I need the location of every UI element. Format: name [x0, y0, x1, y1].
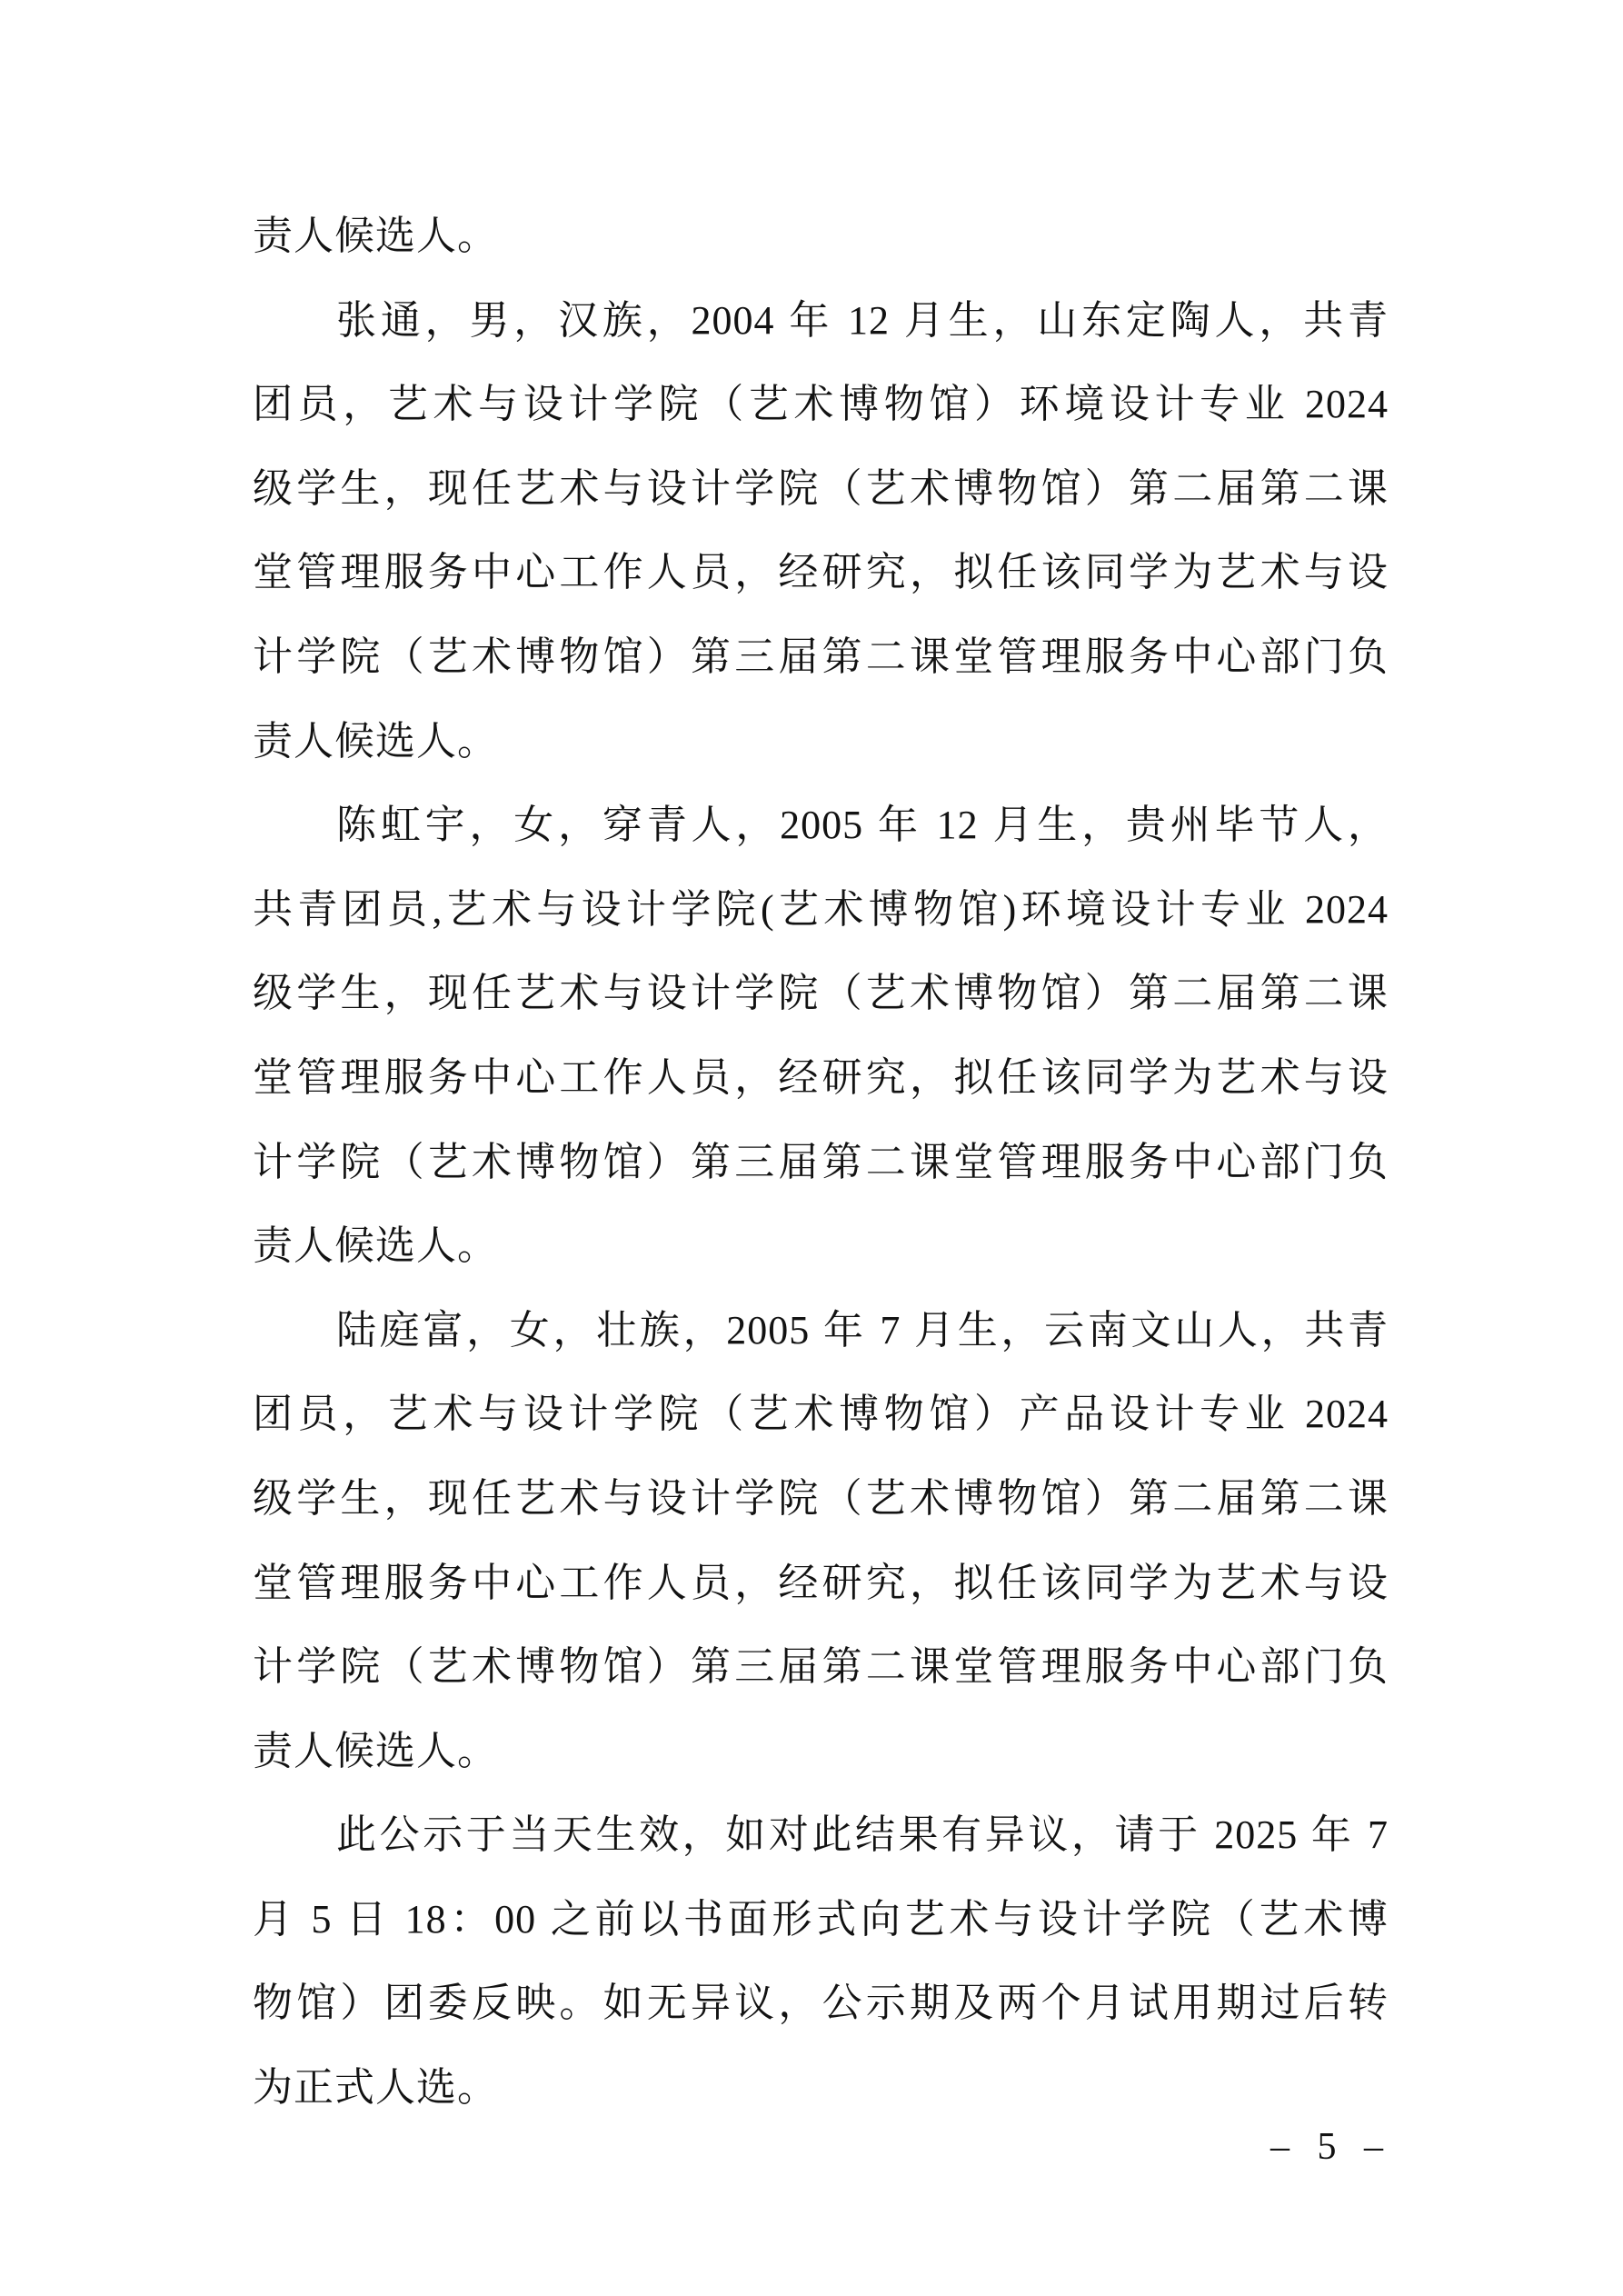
text-line: 责人候选人。 — [253, 700, 1389, 784]
text-line: 月 5 日 18：00 之前以书面形式向艺术与设计学院（艺术博 — [253, 1878, 1389, 1962]
text-line: 为正式人选。 — [253, 2046, 1389, 2131]
page-number: – 5 – — [1270, 2125, 1392, 2169]
text-line: 责人候选人。 — [253, 1710, 1389, 1794]
text-line: 陈虹宇，女，穿青人，2005 年 12 月生，贵州毕节人， — [253, 784, 1389, 868]
text-line: 级学生，现任艺术与设计学院（艺术博物馆）第二届第二课 — [253, 952, 1389, 1036]
text-line: 堂管理服务中心工作人员，经研究，拟任该同学为艺术与设 — [253, 531, 1389, 615]
document-body: 责人候选人。张通，男，汉族，2004 年 12 月生，山东定陶人，共青团员，艺术… — [253, 195, 1389, 2131]
text-line: 堂管理服务中心工作人员，经研究，拟任该同学为艺术与设 — [253, 1542, 1389, 1626]
text-line: 张通，男，汉族，2004 年 12 月生，山东定陶人，共青 — [253, 279, 1389, 364]
text-line: 计学院（艺术博物馆）第三届第二课堂管理服务中心部门负 — [253, 615, 1389, 700]
text-line: 堂管理服务中心工作人员，经研究，拟任该同学为艺术与设 — [253, 1036, 1389, 1121]
text-line: 物馆）团委反映。如无异议，公示期及两个月试用期过后转 — [253, 1962, 1389, 2046]
document-page: 责人候选人。张通，男，汉族，2004 年 12 月生，山东定陶人，共青团员，艺术… — [0, 0, 1623, 2296]
text-line: 计学院（艺术博物馆）第三届第二课堂管理服务中心部门负 — [253, 1625, 1389, 1710]
text-line: 级学生，现任艺术与设计学院（艺术博物馆）第二届第二课 — [253, 447, 1389, 532]
text-line: 团员，艺术与设计学院（艺术博物馆）环境设计专业 2024 — [253, 363, 1389, 447]
text-line: 计学院（艺术博物馆）第三届第二课堂管理服务中心部门负 — [253, 1121, 1389, 1205]
text-line: 责人候选人。 — [253, 195, 1389, 279]
text-line: 团员，艺术与设计学院（艺术博物馆）产品设计专业 2024 — [253, 1373, 1389, 1457]
text-line: 责人候选人。 — [253, 1204, 1389, 1289]
text-line: 陆庭富，女，壮族，2005 年 7 月生，云南文山人，共青 — [253, 1289, 1389, 1373]
text-line: 此公示于当天生效，如对此结果有异议，请于 2025 年 7 — [253, 1793, 1389, 1878]
text-line: 级学生，现任艺术与设计学院（艺术博物馆）第二届第二课 — [253, 1457, 1389, 1542]
text-line: 共青团员,艺术与设计学院(艺术博物馆)环境设计专业 2024 — [253, 868, 1389, 953]
